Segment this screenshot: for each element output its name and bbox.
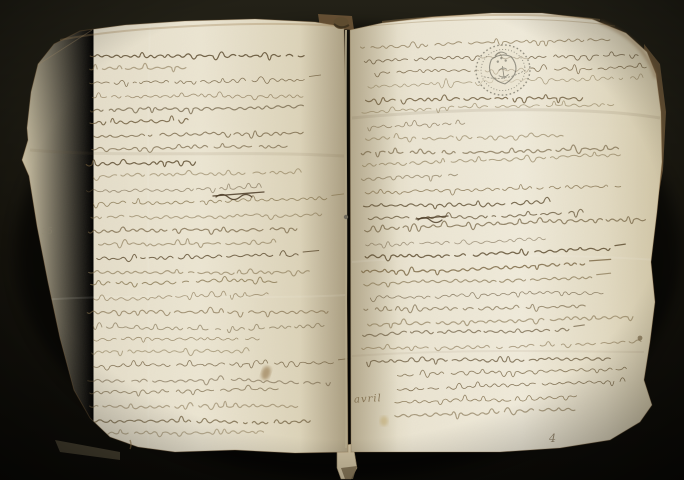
manuscript-scene: avril 4 35 xyxy=(0,0,684,480)
photo-vignette xyxy=(0,0,684,480)
manuscript-photo: avril 4 35 xyxy=(0,0,684,480)
